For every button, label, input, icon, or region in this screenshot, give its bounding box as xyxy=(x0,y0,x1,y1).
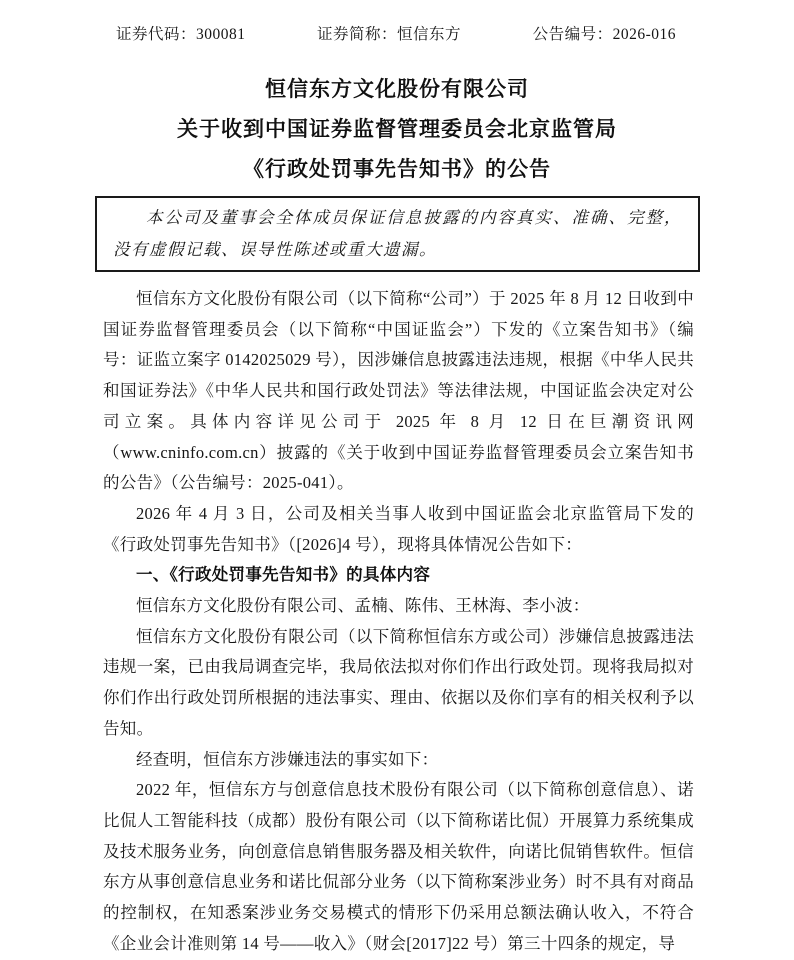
title-line-type: 《行政处罚事先告知书》的公告 xyxy=(0,150,794,190)
paragraph-filing-notice: 恒信东方文化股份有限公司（以下简称“公司”）于 2025 年 8 月 12 日收… xyxy=(103,284,694,499)
disclaimer-text: 本公司及董事会全体成员保证信息披露的内容真实、准确、完整，没有虚假记载、误导性陈… xyxy=(113,202,682,266)
announcement-number-label: 公告编号：2026-016 xyxy=(533,22,676,44)
paragraph-facts-detail: 2022 年，恒信东方与创意信息技术股份有限公司（以下简称创意信息）、诺比侃人工… xyxy=(103,775,694,959)
paragraph-facts-intro: 经查明，恒信东方涉嫌违法的事实如下： xyxy=(103,745,694,776)
document-title: 恒信东方文化股份有限公司 关于收到中国证券监督管理委员会北京监管局 《行政处罚事… xyxy=(0,70,794,190)
paragraph-addressees: 恒信东方文化股份有限公司、孟楠、陈伟、王林海、李小波： xyxy=(103,591,694,622)
document-body: 恒信东方文化股份有限公司（以下简称“公司”）于 2025 年 8 月 12 日收… xyxy=(103,284,694,959)
announcement-document: 证券代码：300081 证券简称：恒信东方 公告编号：2026-016 恒信东方… xyxy=(0,0,794,960)
disclaimer-box: 本公司及董事会全体成员保证信息披露的内容真实、准确、完整，没有虚假记载、误导性陈… xyxy=(95,196,700,272)
title-line-company: 恒信东方文化股份有限公司 xyxy=(0,70,794,110)
paragraph-investigation-conclusion: 恒信东方文化股份有限公司（以下简称恒信东方或公司）涉嫌信息披露违法违规一案，已由… xyxy=(103,622,694,745)
title-line-subject: 关于收到中国证券监督管理委员会北京监管局 xyxy=(0,110,794,150)
section-heading-notice-content: 一、《行政处罚事先告知书》的具体内容 xyxy=(103,560,694,591)
stock-code-label: 证券代码：300081 xyxy=(116,22,246,44)
stock-name-label: 证券简称：恒信东方 xyxy=(317,22,461,44)
paragraph-receipt-notice: 2026 年 4 月 3 日，公司及相关当事人收到中国证监会北京监管局下发的《行… xyxy=(103,499,694,560)
document-header: 证券代码：300081 证券简称：恒信东方 公告编号：2026-016 xyxy=(116,22,676,44)
